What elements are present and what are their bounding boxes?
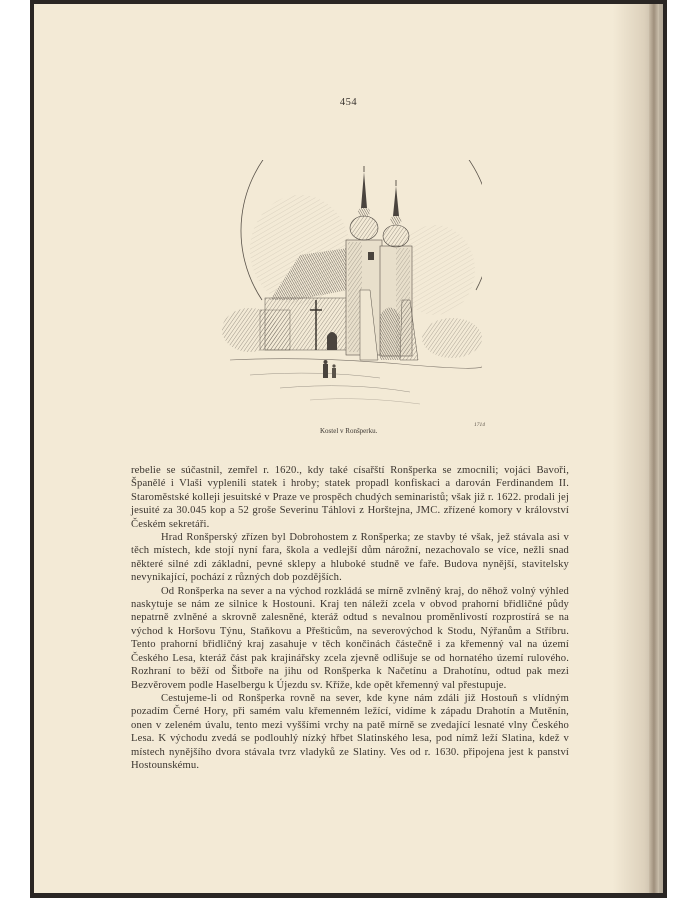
- page-gutter-shadow: [649, 4, 659, 893]
- book-page: 454: [34, 4, 663, 893]
- church-illustration: [220, 160, 482, 412]
- page-number: 454: [34, 97, 663, 108]
- paragraph: Cestujeme-li od Ronšperka rovně na sever…: [131, 692, 569, 772]
- illustration-caption: Kostel v Ronšperku.: [320, 427, 377, 435]
- paragraph: Od Ronšperka na sever a na východ rozklá…: [131, 585, 569, 692]
- paragraph: Hrad Ronšperský zřízen byl Dobrohostem z…: [131, 531, 569, 585]
- plate-number: 1714: [474, 422, 485, 428]
- paragraph: rebelie se súčastnil, zemřel r. 1620., k…: [131, 464, 569, 531]
- body-text: rebelie se súčastnil, zemřel r. 1620., k…: [131, 464, 569, 772]
